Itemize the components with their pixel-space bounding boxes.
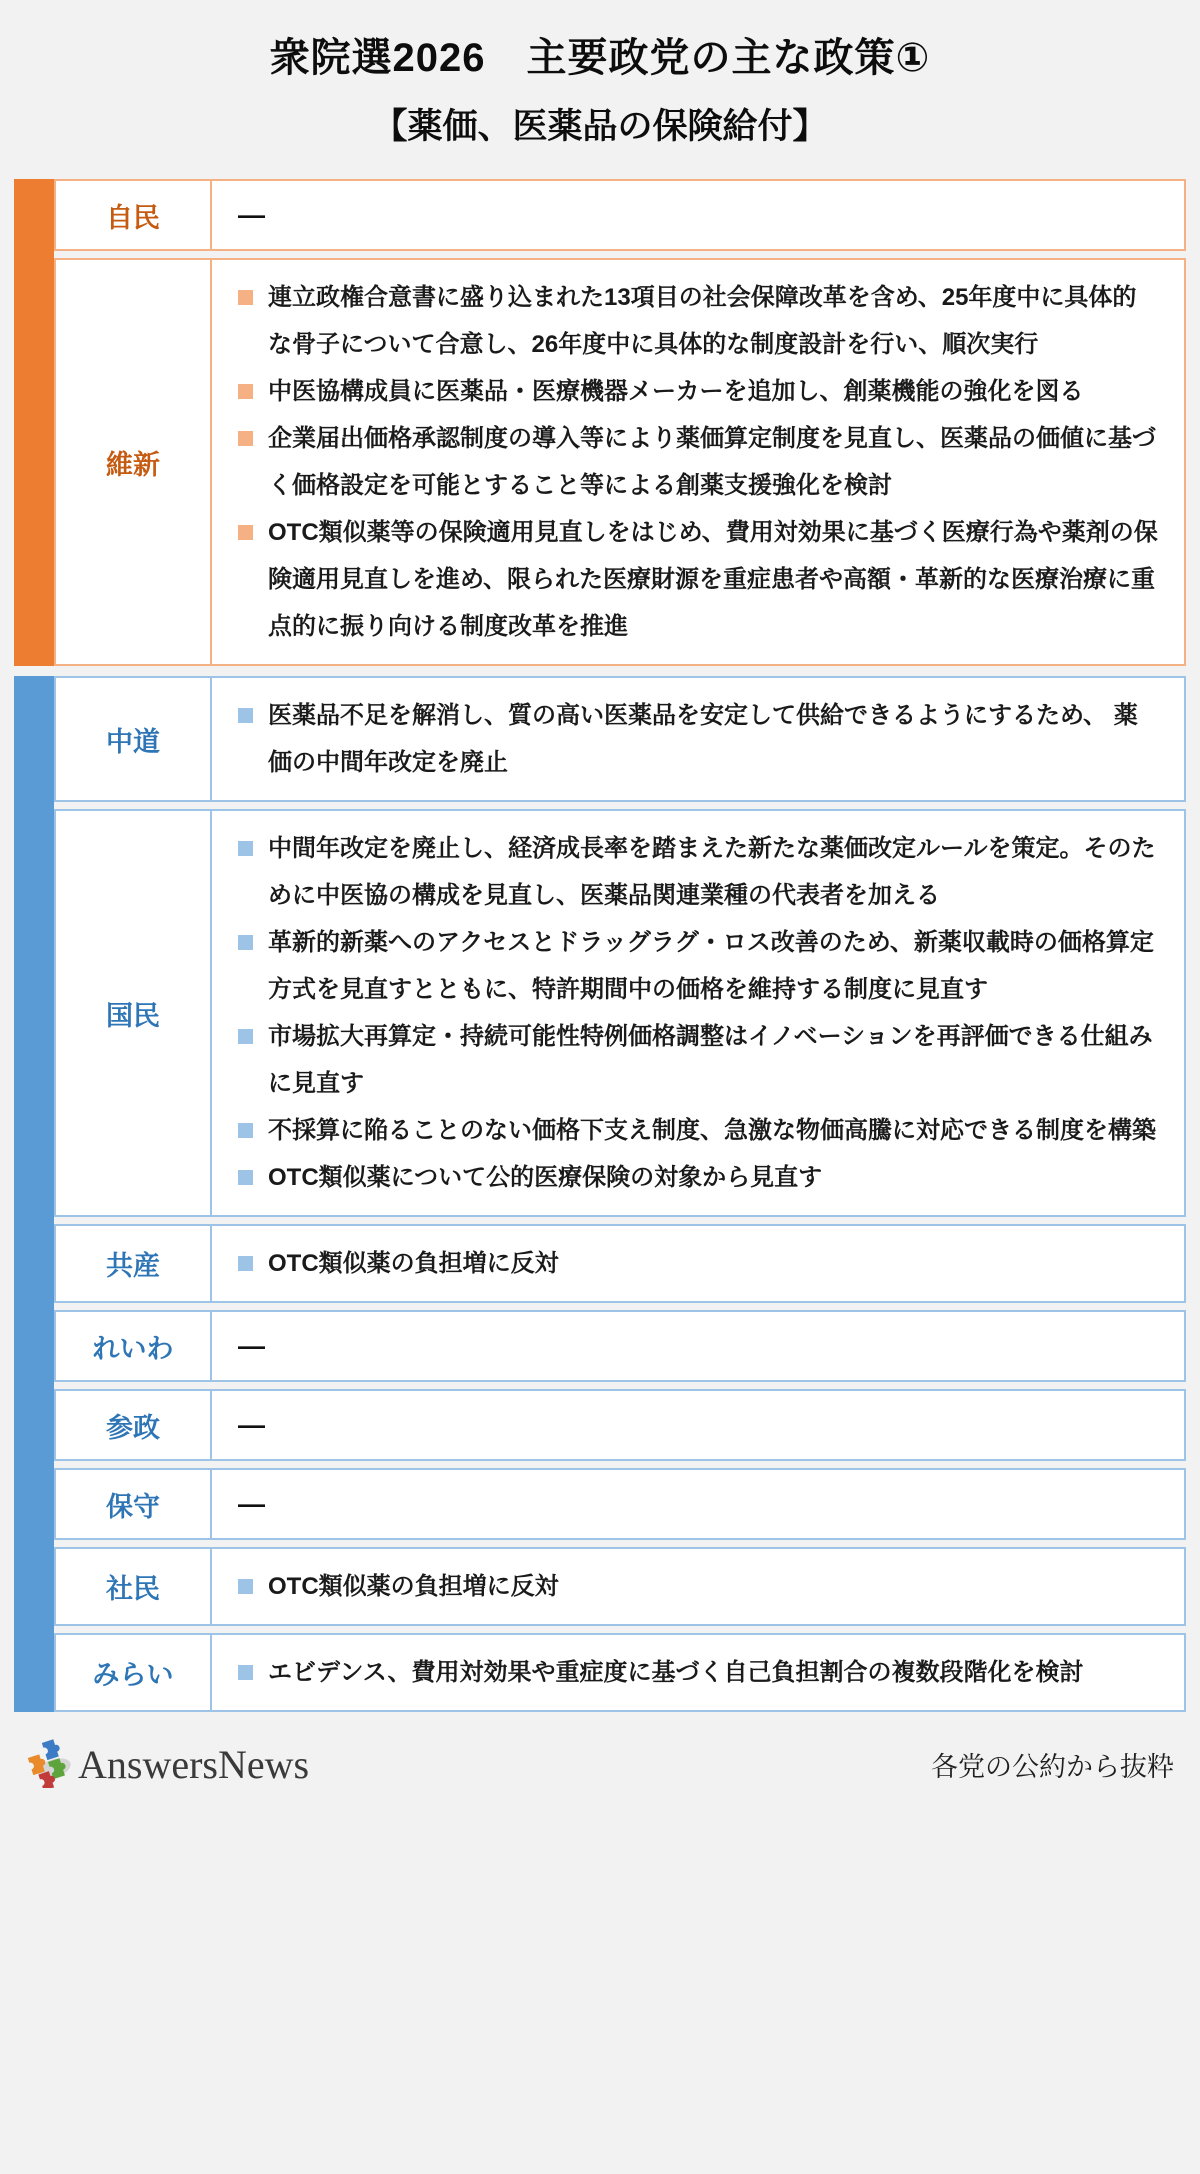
policy-item-text: 医薬品不足を解消し、質の高い医薬品を安定して供給できるようにするため、 薬価の中…	[268, 692, 1160, 786]
logo-text: AnswersNews	[78, 1741, 309, 1788]
party-label: 参政	[106, 1406, 160, 1445]
policy-item-text: OTC類似薬等の保険適用見直しをはじめ、費用対効果に基づく医療行為や薬剤の保険適…	[268, 509, 1160, 650]
content-cell: —	[210, 181, 1184, 249]
party-label: 共産	[106, 1244, 160, 1283]
content-cell: —	[210, 1312, 1184, 1380]
source-note: 各党の公約から抜粋	[931, 1745, 1174, 1784]
policy-item: OTC類似薬について公的医療保険の対象から見直す	[238, 1154, 1160, 1201]
policy-item: OTC類似薬等の保険適用見直しをはじめ、費用対効果に基づく医療行為や薬剤の保険適…	[238, 509, 1160, 650]
party-cell: れいわ	[56, 1312, 210, 1380]
bullet-square-icon	[238, 525, 253, 540]
policy-item-text: 連立政権合意書に盛り込まれた13項目の社会保障改革を含め、25年度中に具体的な骨…	[268, 274, 1160, 368]
table-row: 維新連立政権合意書に盛り込まれた13項目の社会保障改革を含め、25年度中に具体的…	[54, 258, 1186, 666]
table-row: 自民—	[54, 179, 1186, 251]
party-cell: 保守	[56, 1470, 210, 1538]
section-orange: 自民—維新連立政権合意書に盛り込まれた13項目の社会保障改革を含め、25年度中に…	[14, 179, 1186, 666]
dash-placeholder: —	[238, 1333, 1160, 1360]
policy-item-text: 市場拡大再算定・持続可能性特例価格調整はイノベーションを再評価できる仕組みに見直…	[268, 1013, 1160, 1107]
table-row: 参政—	[54, 1389, 1186, 1461]
answersnews-logo: AnswersNews	[22, 1736, 309, 1793]
table-row: 共産OTC類似薬の負担増に反対	[54, 1224, 1186, 1303]
party-label: 国民	[106, 994, 160, 1033]
party-label: 社民	[106, 1567, 160, 1606]
bullet-square-icon	[238, 431, 253, 446]
policy-item: 企業届出価格承認制度の導入等により薬価算定制度を見直し、医薬品の価値に基づく価格…	[238, 415, 1160, 509]
dash-placeholder: —	[238, 1412, 1160, 1439]
policy-table: 自民—維新連立政権合意書に盛り込まれた13項目の社会保障改革を含め、25年度中に…	[14, 179, 1186, 1712]
bullet-square-icon	[238, 1665, 253, 1680]
party-label: 維新	[106, 443, 160, 482]
dash-placeholder: —	[238, 202, 1160, 229]
policy-item-text: 中間年改定を廃止し、経済成長率を踏まえた新たな薬価改定ルールを策定。そのために中…	[268, 825, 1160, 919]
bullet-square-icon	[238, 1579, 253, 1594]
table-row: 保守—	[54, 1468, 1186, 1540]
party-cell: 社民	[56, 1549, 210, 1624]
content-cell: 連立政権合意書に盛り込まれた13項目の社会保障改革を含め、25年度中に具体的な骨…	[210, 260, 1184, 664]
dash-placeholder: —	[238, 1491, 1160, 1518]
table-row: みらいエビデンス、費用対効果や重症度に基づく自己負担割合の複数段階化を検討	[54, 1633, 1186, 1712]
bullet-square-icon	[238, 841, 253, 856]
party-cell: 共産	[56, 1226, 210, 1301]
party-label: 保守	[106, 1485, 160, 1524]
policy-item: OTC類似薬の負担増に反対	[238, 1240, 1160, 1287]
accent-bar	[14, 676, 54, 1712]
content-cell: —	[210, 1391, 1184, 1459]
policy-item-text: 企業届出価格承認制度の導入等により薬価算定制度を見直し、医薬品の価値に基づく価格…	[268, 415, 1160, 509]
party-cell: 維新	[56, 260, 210, 664]
policy-item: 医薬品不足を解消し、質の高い医薬品を安定して供給できるようにするため、 薬価の中…	[238, 692, 1160, 786]
policy-item: 中間年改定を廃止し、経済成長率を踏まえた新たな薬価改定ルールを策定。そのために中…	[238, 825, 1160, 919]
party-label: みらい	[93, 1653, 174, 1692]
party-cell: 国民	[56, 811, 210, 1215]
bullet-square-icon	[238, 290, 253, 305]
bullet-square-icon	[238, 708, 253, 723]
bullet-square-icon	[238, 1256, 253, 1271]
policy-item-text: OTC類似薬の負担増に反対	[268, 1563, 559, 1610]
policy-item: 不採算に陥ることのない価格下支え制度、急激な物価高騰に対応できる制度を構築	[238, 1107, 1160, 1154]
policy-item-text: 中医協構成員に医薬品・医療機器メーカーを追加し、創薬機能の強化を図る	[268, 368, 1084, 415]
bullet-square-icon	[238, 1170, 253, 1185]
table-row: れいわ—	[54, 1310, 1186, 1382]
header: 衆院選2026 主要政党の主な政策① 【薬価、医薬品の保険給付】	[0, 0, 1200, 149]
party-cell: 自民	[56, 181, 210, 249]
page-subtitle: 【薬価、医薬品の保険給付】	[0, 99, 1200, 149]
table-row: 中道医薬品不足を解消し、質の高い医薬品を安定して供給できるようにするため、 薬価…	[54, 676, 1186, 802]
content-cell: OTC類似薬の負担増に反対	[210, 1549, 1184, 1624]
bullet-square-icon	[238, 1123, 253, 1138]
footer: AnswersNews 各党の公約から抜粋	[22, 1736, 1174, 1793]
party-cell: 中道	[56, 678, 210, 800]
party-cell: 参政	[56, 1391, 210, 1459]
table-row: 社民OTC類似薬の負担増に反対	[54, 1547, 1186, 1626]
table-row: 国民中間年改定を廃止し、経済成長率を踏まえた新たな薬価改定ルールを策定。そのため…	[54, 809, 1186, 1217]
party-label: 自民	[106, 196, 160, 235]
puzzle-icon	[22, 1736, 74, 1793]
party-cell: みらい	[56, 1635, 210, 1710]
policy-item: 中医協構成員に医薬品・医療機器メーカーを追加し、創薬機能の強化を図る	[238, 368, 1160, 415]
policy-item-text: 革新的新薬へのアクセスとドラッグラグ・ロス改善のため、新薬収載時の価格算定方式を…	[268, 919, 1160, 1013]
policy-item: 市場拡大再算定・持続可能性特例価格調整はイノベーションを再評価できる仕組みに見直…	[238, 1013, 1160, 1107]
bullet-square-icon	[238, 935, 253, 950]
policy-item: 革新的新薬へのアクセスとドラッグラグ・ロス改善のため、新薬収載時の価格算定方式を…	[238, 919, 1160, 1013]
policy-item-text: エビデンス、費用対効果や重症度に基づく自己負担割合の複数段階化を検討	[268, 1649, 1084, 1696]
bullet-square-icon	[238, 384, 253, 399]
section-blue: 中道医薬品不足を解消し、質の高い医薬品を安定して供給できるようにするため、 薬価…	[14, 676, 1186, 1712]
bullet-square-icon	[238, 1029, 253, 1044]
policy-item-text: 不採算に陥ることのない価格下支え制度、急激な物価高騰に対応できる制度を構築	[268, 1107, 1156, 1154]
content-cell: OTC類似薬の負担増に反対	[210, 1226, 1184, 1301]
policy-item: 連立政権合意書に盛り込まれた13項目の社会保障改革を含め、25年度中に具体的な骨…	[238, 274, 1160, 368]
party-label: 中道	[106, 720, 160, 759]
page-title: 衆院選2026 主要政党の主な政策①	[0, 26, 1200, 83]
policy-item-text: OTC類似薬について公的医療保険の対象から見直す	[268, 1154, 822, 1201]
policy-item: エビデンス、費用対効果や重症度に基づく自己負担割合の複数段階化を検討	[238, 1649, 1160, 1696]
content-cell: 中間年改定を廃止し、経済成長率を踏まえた新たな薬価改定ルールを策定。そのために中…	[210, 811, 1184, 1215]
content-cell: —	[210, 1470, 1184, 1538]
policy-item: OTC類似薬の負担増に反対	[238, 1563, 1160, 1610]
content-cell: 医薬品不足を解消し、質の高い医薬品を安定して供給できるようにするため、 薬価の中…	[210, 678, 1184, 800]
row-group: 自民—維新連立政権合意書に盛り込まれた13項目の社会保障改革を含め、25年度中に…	[54, 179, 1186, 666]
party-label: れいわ	[93, 1327, 174, 1366]
row-group: 中道医薬品不足を解消し、質の高い医薬品を安定して供給できるようにするため、 薬価…	[54, 676, 1186, 1712]
content-cell: エビデンス、費用対効果や重症度に基づく自己負担割合の複数段階化を検討	[210, 1635, 1184, 1710]
accent-bar	[14, 179, 54, 666]
policy-item-text: OTC類似薬の負担増に反対	[268, 1240, 559, 1287]
